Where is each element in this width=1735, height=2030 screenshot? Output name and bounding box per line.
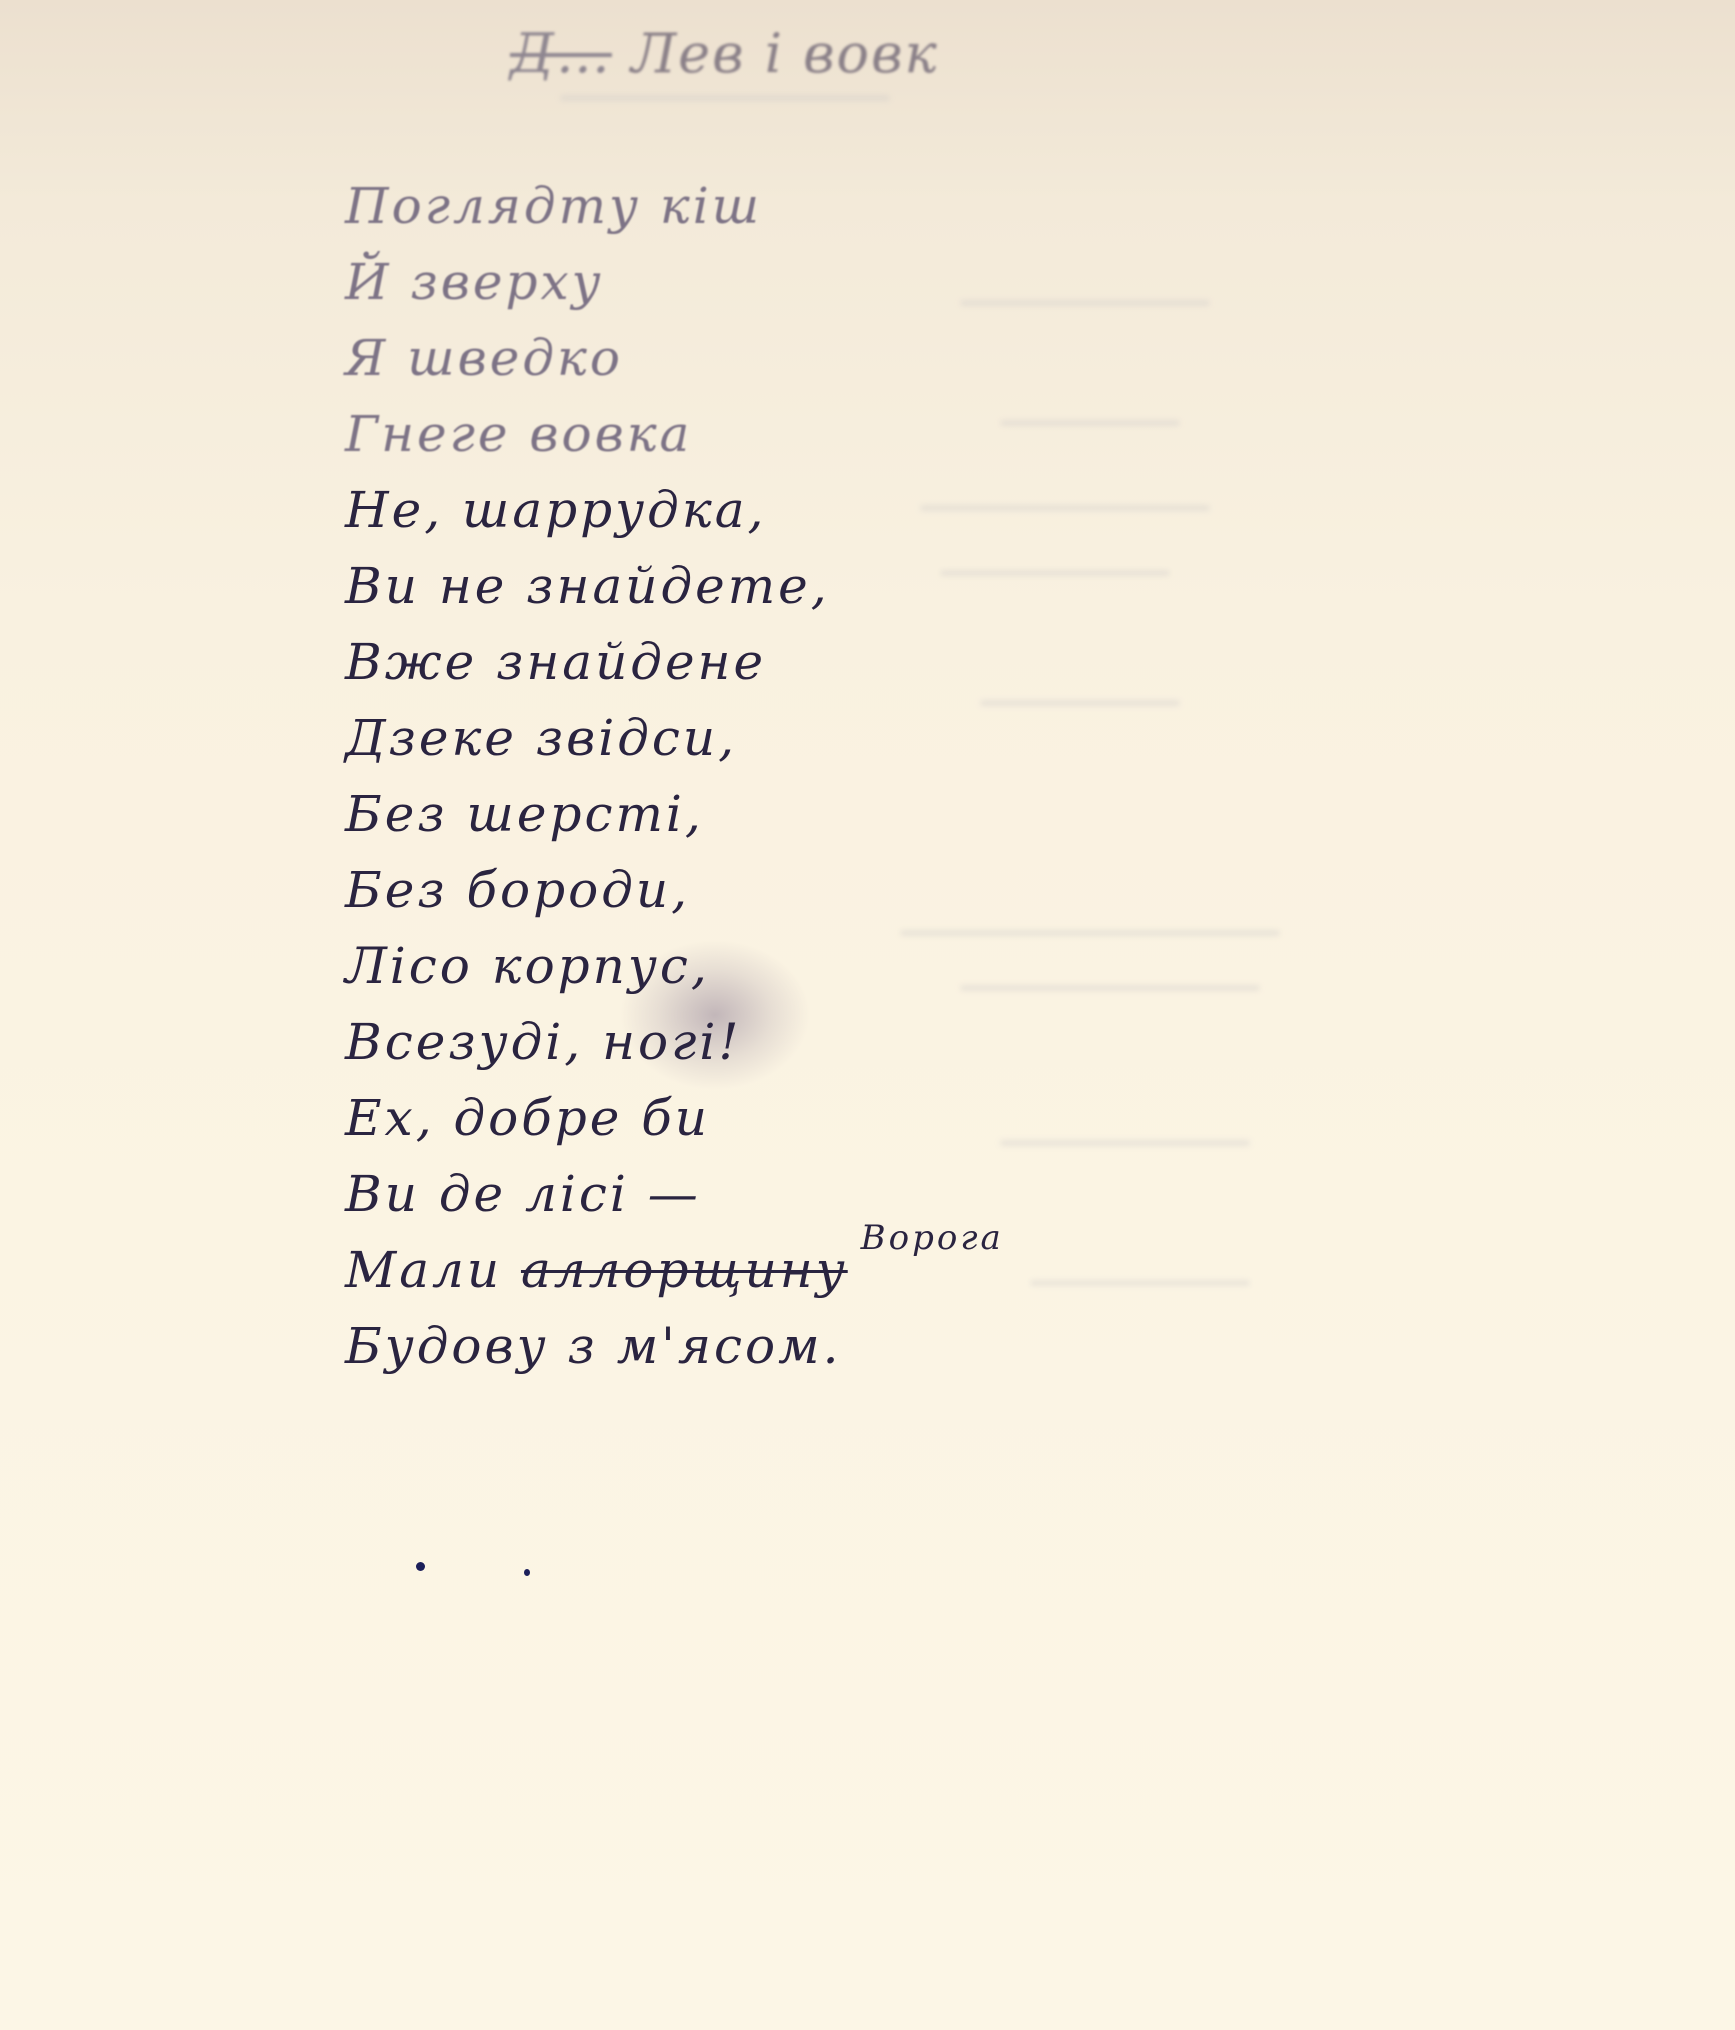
poem-line: Без бороди, — [345, 852, 1004, 928]
poem-line: Ви не знайдете, — [345, 548, 1004, 624]
poem-line: Й зверху — [345, 244, 1004, 320]
bleed-through-mark — [1000, 1140, 1250, 1146]
manuscript-page: Д… Лев і вовк Поглядту кіш Й зверху Я шв… — [0, 0, 1735, 2030]
ink-dot — [416, 1562, 425, 1571]
poem-line: Не, шаррудка, — [345, 472, 1004, 548]
bleed-through-mark — [1000, 420, 1180, 426]
poem-line-with-correction: Мали аллорщину Ворога — [345, 1232, 1004, 1308]
poem-line: Без шерсті, — [345, 776, 1004, 852]
poem-line: Вже знайдене — [345, 624, 1004, 700]
title-struck-word: Д… — [510, 22, 612, 85]
poem-line: Лісо корпус, — [345, 928, 1004, 1004]
page-title: Д… Лев і вовк — [510, 22, 939, 85]
bleed-through-mark — [1030, 1280, 1250, 1286]
poem-line: Гнеге вовка — [345, 396, 1004, 472]
line-text: Мали — [345, 1241, 521, 1299]
poem-line: Дзеке звідси, — [345, 700, 1004, 776]
poem-line: Ех, добре би — [345, 1080, 1004, 1156]
poem-line: Будову з м'ясом. — [345, 1308, 1004, 1384]
bleed-through-mark — [960, 985, 1260, 991]
bleed-through-mark — [980, 700, 1180, 706]
bleed-through-mark — [560, 95, 890, 101]
ink-dot — [524, 1569, 530, 1576]
poem-line: Поглядту кіш — [345, 168, 1004, 244]
poem-body: Поглядту кіш Й зверху Я шведко Гнеге вов… — [345, 168, 1004, 1384]
poem-line: Всезуді, ногі! — [345, 1004, 1004, 1080]
title-text: Лев і вовк — [631, 22, 939, 85]
struck-word: аллорщину — [521, 1241, 848, 1299]
poem-line: Я шведко — [345, 320, 1004, 396]
inserted-correction: Ворога — [861, 1218, 1004, 1258]
